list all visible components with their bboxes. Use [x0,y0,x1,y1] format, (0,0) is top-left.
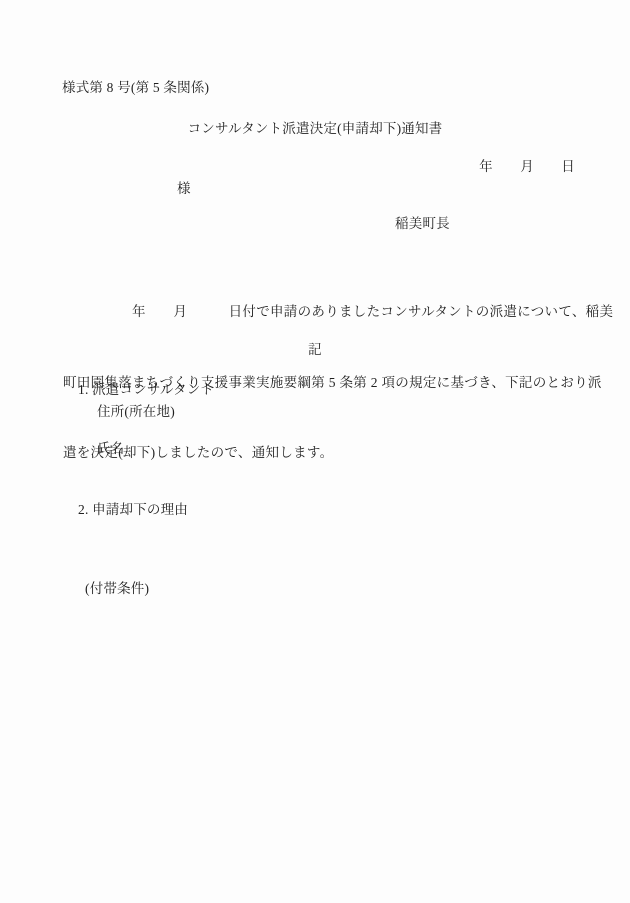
body-line-3: 遣を決定(却下)しましたので、通知します。 [63,441,571,465]
ki-marker: 記 [0,342,630,358]
item-1-heading: 1. 派遣コンサルタント [78,382,214,398]
notice-document-page: 様式第 8 号(第 5 条関係) コンサルタント派遣決定(申請却下)通知書 年 … [0,0,630,903]
addressee-suffix: 様 [177,181,191,197]
form-number: 様式第 8 号(第 5 条関係) [62,80,209,96]
address-label: 住所(所在地) [97,404,175,420]
supplementary-conditions-label: (付帯条件) [85,581,149,597]
document-title: コンサルタント派遣決定(申請却下)通知書 [0,121,630,137]
item-2-heading: 2. 申請却下の理由 [78,502,188,518]
body-line-1: 年 月 日付で申請のありましたコンサルタントの派遣について、稲美 [63,300,571,324]
name-label: 氏名 [97,441,124,457]
date-line: 年 月 日 [479,159,575,175]
sender-name: 稲美町長 [395,216,450,232]
